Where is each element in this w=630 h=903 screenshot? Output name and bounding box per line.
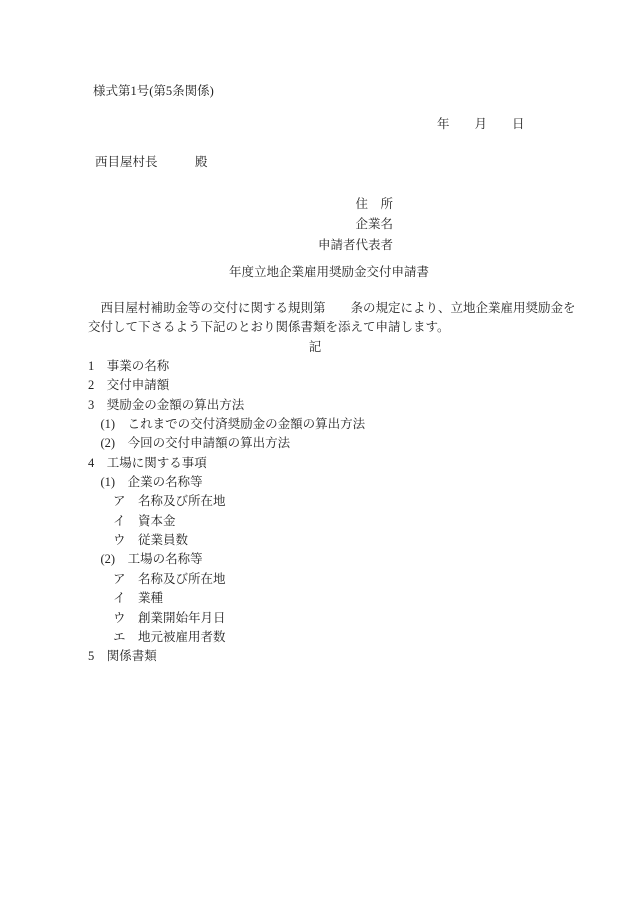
list-item-application-amount: 2 交付申請額 <box>0 376 630 395</box>
document-title: 年度立地企業雇用奨励金交付申請書 <box>229 265 429 281</box>
address-label: 住 所 <box>0 194 393 214</box>
document-body: 西目屋村補助金等の交付に関する規則第 条の規定により、立地企業雇用奨励金を 交付… <box>0 299 630 667</box>
paragraph-line-1: 西目屋村補助金等の交付に関する規則第 条の規定により、立地企業雇用奨励金を <box>0 299 630 318</box>
paragraph-line-2: 交付して下さるよう下記のとおり関係書類を添えて申請します。 <box>0 318 630 337</box>
list-item-business-name: 1 事業の名称 <box>0 357 630 376</box>
list-item-factory-name-etc: (2) 工場の名称等 <box>0 550 630 569</box>
list-item-past-grant-calculation: (1) これまでの交付済奨励金の金額の算出方法 <box>0 415 630 434</box>
note-mark: 記 <box>0 338 630 357</box>
list-item-company-name-etc: (1) 企業の名称等 <box>0 473 630 492</box>
list-item-local-hires-count: エ 地元被雇用者数 <box>0 628 630 647</box>
document-page: 様式第1号(第5条関係) 年 月 日 西目屋村長 殿 住 所 企業名 申請者代表… <box>0 0 630 903</box>
list-item-founding-date: ウ 創業開始年月日 <box>0 609 630 628</box>
list-item-current-application-calculation: (2) 今回の交付申請額の算出方法 <box>0 434 630 453</box>
list-item-capital: イ 資本金 <box>0 512 630 531</box>
applicant-signature-block: 住 所 企業名 申請者代表者 <box>0 194 393 255</box>
form-number-label: 様式第1号(第5条関係) <box>93 84 214 100</box>
list-item-related-documents: 5 関係書類 <box>0 647 630 666</box>
list-item-factory-name-location: ア 名称及び所在地 <box>0 570 630 589</box>
list-item-employee-count: ウ 従業員数 <box>0 531 630 550</box>
list-item-calculation-method: 3 奨励金の金額の算出方法 <box>0 396 630 415</box>
addressee-line: 西目屋村長 殿 <box>95 155 208 171</box>
representative-label: 申請者代表者 <box>0 235 393 255</box>
list-item-company-name-location: ア 名称及び所在地 <box>0 492 630 511</box>
list-item-factory-matters: 4 工場に関する事項 <box>0 454 630 473</box>
list-item-industry-type: イ 業種 <box>0 589 630 608</box>
date-line: 年 月 日 <box>437 117 525 133</box>
company-name-label: 企業名 <box>0 214 393 234</box>
